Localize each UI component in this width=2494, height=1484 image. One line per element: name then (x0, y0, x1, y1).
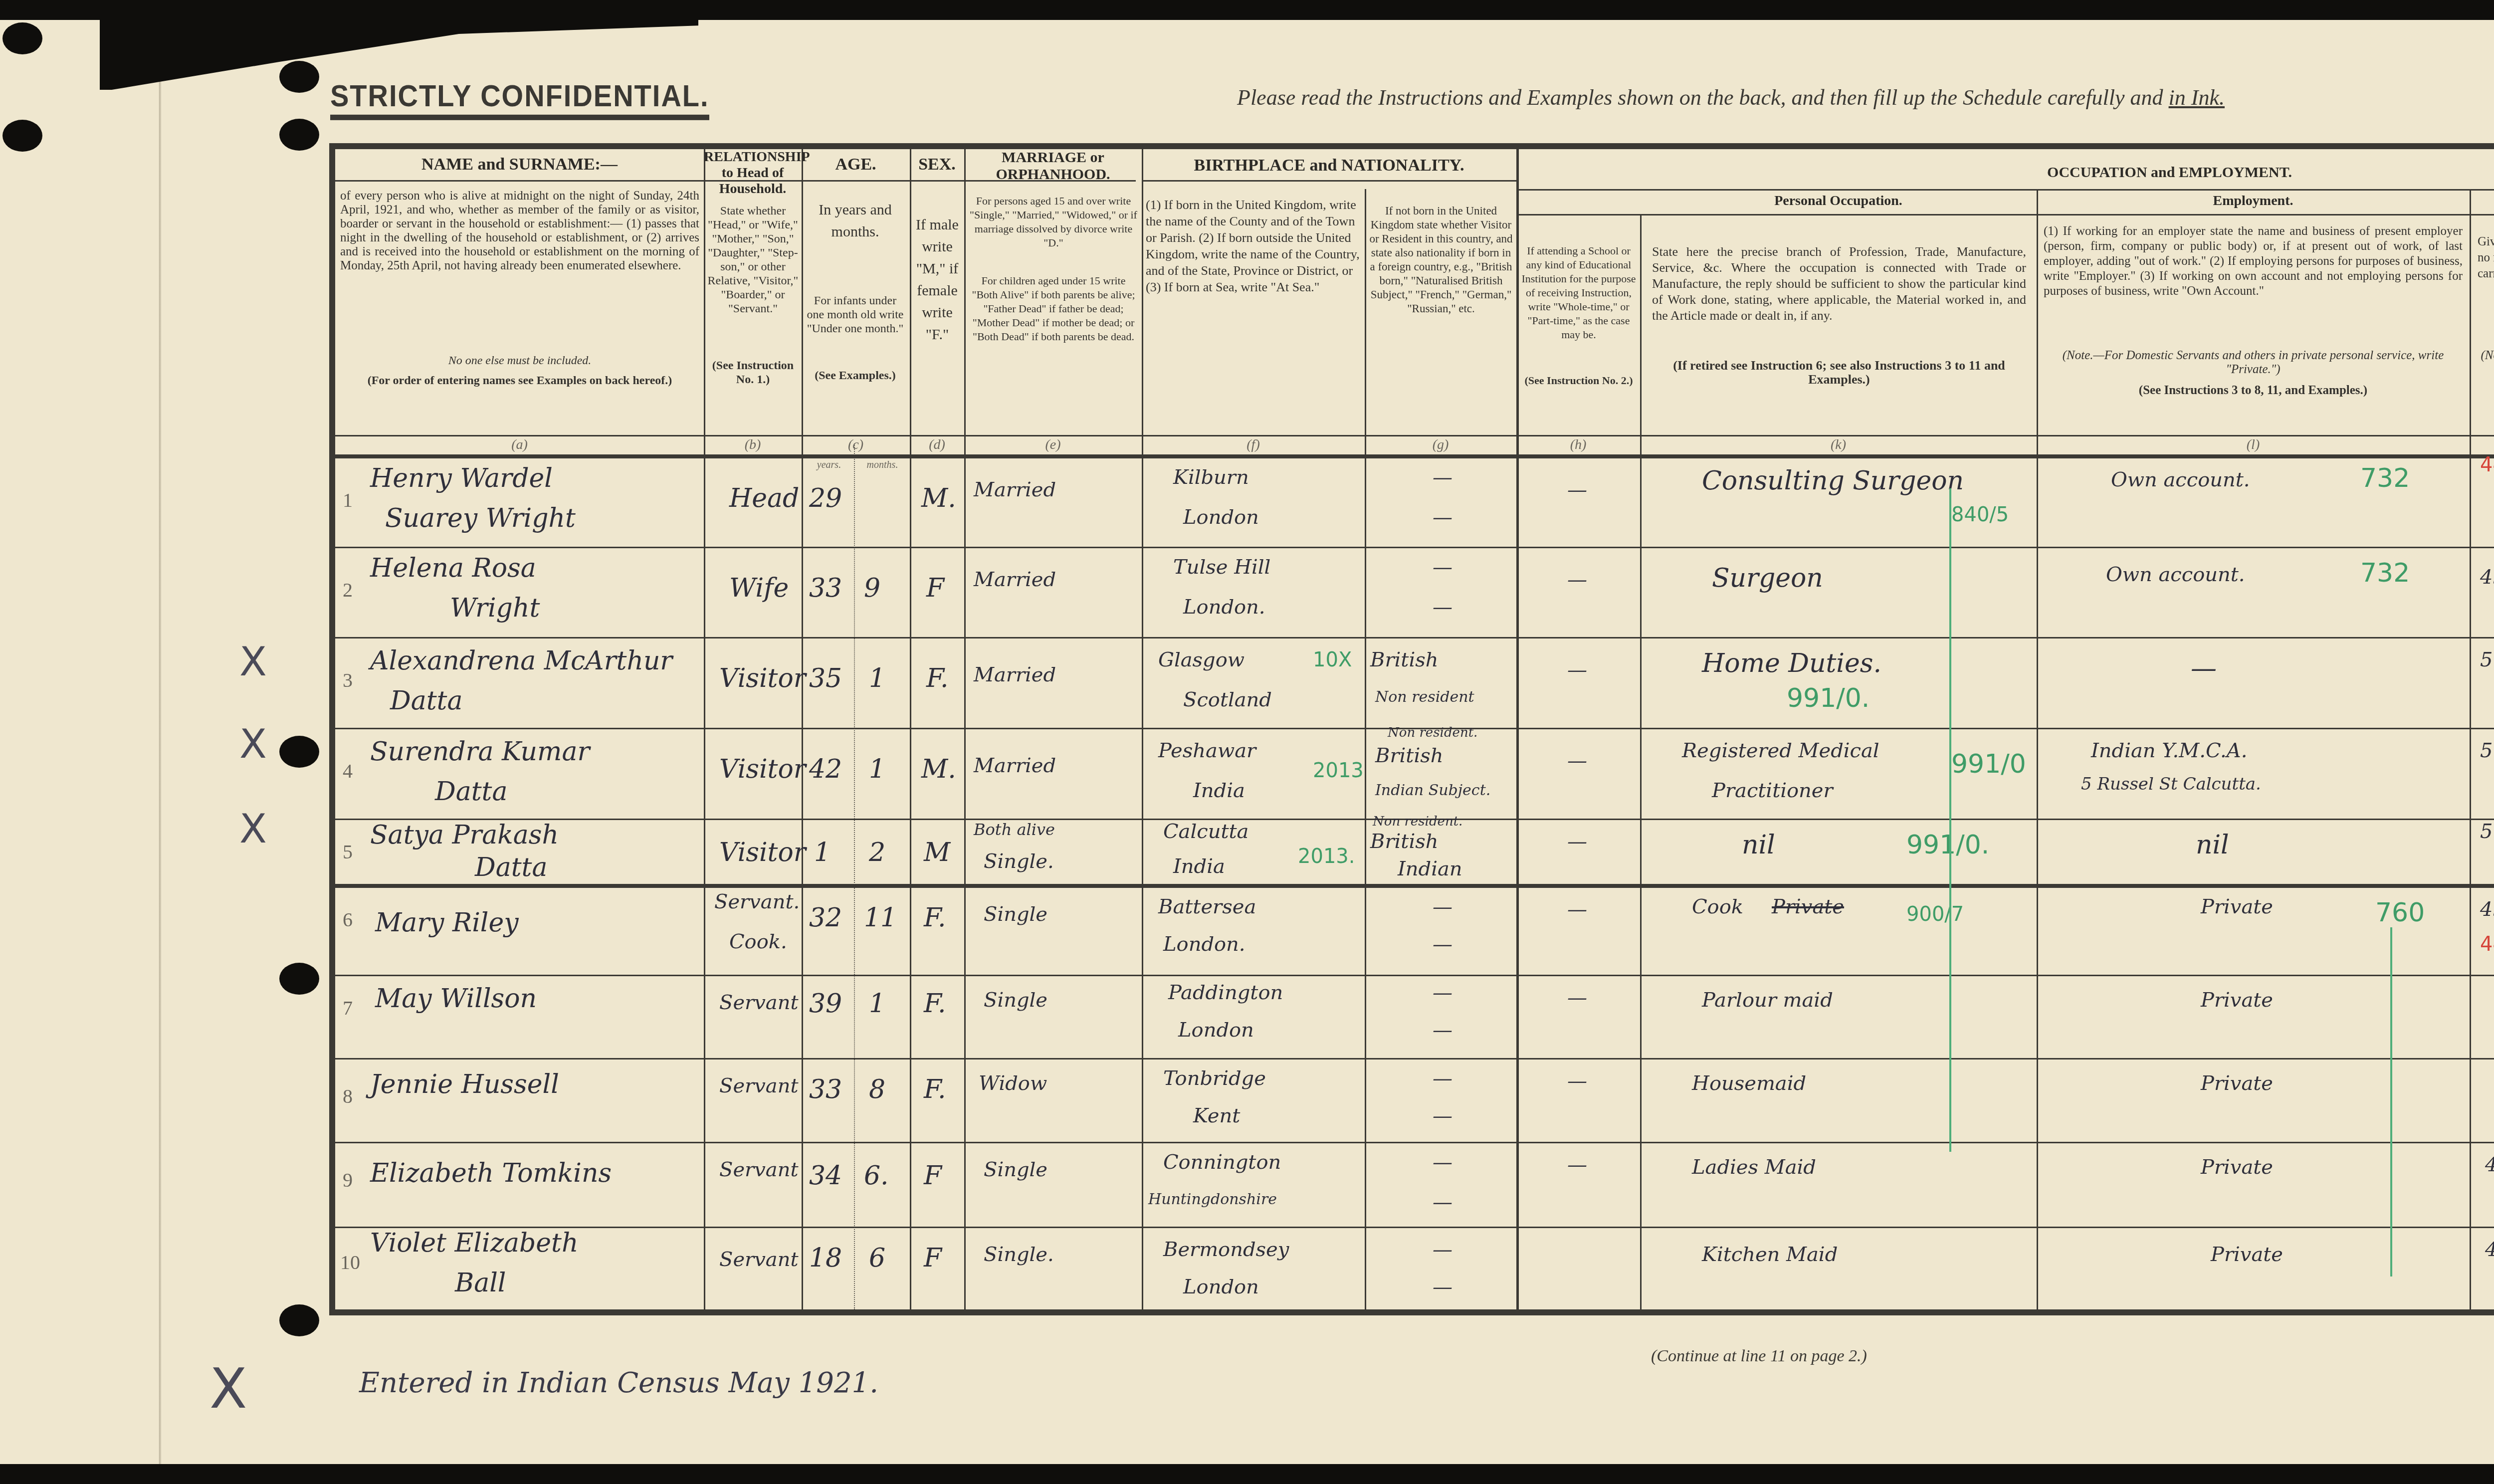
occupation: Home Duties. (1702, 648, 1881, 678)
sex: F. (924, 903, 946, 933)
relationship: Visitor (719, 754, 806, 784)
name-first: Jennie Hussell (370, 1069, 559, 1099)
employment: nil (2196, 830, 2229, 860)
place-line-1: 49 Gt Cumberland (2485, 1153, 2494, 1176)
birthplace-line-2: London (1183, 506, 1259, 529)
education: — (1567, 986, 1587, 1009)
row-number: 9 (343, 1168, 353, 1192)
header-employment-body: (1) If working for an employer state the… (2044, 224, 2463, 299)
name-last: Ball (455, 1268, 506, 1298)
table-row-2: 2 Helena Rosa Wright Wife 33 9 F Married… (335, 548, 2494, 637)
header-education: If attending a School or any kind of Edu… (1520, 244, 1638, 342)
header-employment: Employment. (2037, 193, 2470, 209)
marriage: Married (974, 663, 1056, 686)
place-code: 4410-05 (2480, 453, 2494, 476)
age-months: 1 (869, 989, 885, 1019)
birthplace-line-1: Battersea (1158, 895, 1256, 918)
sex: M (924, 838, 950, 867)
nationality-line-2: — (1433, 596, 1453, 619)
occupation-line-1: Registered Medical (1682, 739, 1879, 762)
header-personal-occupation-footer: (If retired see Instruction 6; see also … (1652, 359, 2026, 387)
nationality-note: Non resident. (1388, 725, 1477, 740)
table-row-6: 6 Mary Riley Servant. Cook. 32 11 F. Sin… (335, 888, 2494, 975)
table-row-3: 3 Alexandrena McArthur Datta Visitor 35 … (335, 638, 2494, 728)
header-bottom-rule (335, 454, 2494, 458)
education: — (1567, 478, 1587, 501)
name-first: Surendra Kumar (370, 737, 590, 767)
marriage: Single. (984, 1243, 1054, 1266)
header-age: AGE. (802, 155, 910, 174)
instructions-line: Please read the Instructions and Example… (1237, 85, 2225, 110)
occupation: Ladies Maid (1692, 1156, 1816, 1179)
occupation-struck: Private (1772, 895, 1844, 918)
row-number: 2 (343, 578, 353, 602)
occupation-code: 840/5 (1951, 503, 2009, 526)
name-last: Datta (390, 686, 463, 716)
row-number: 8 (343, 1084, 353, 1108)
age-months: 9 (864, 573, 880, 603)
marriage-line-2: Single. (984, 850, 1054, 873)
margin-cross-mark-footer: X (209, 1357, 247, 1421)
row-number: 7 (343, 996, 353, 1020)
name-first: Henry Wardel (370, 463, 553, 493)
employment-code: 732 (2360, 463, 2410, 493)
name-first: Helena Rosa (370, 553, 536, 583)
punch-hole (279, 963, 319, 995)
name-first: Satya Prakash (370, 820, 559, 850)
relationship: Servant (719, 1158, 798, 1181)
age-years: 18 (809, 1243, 842, 1273)
relationship-line-1: Servant. (714, 890, 800, 913)
row-number: 6 (343, 908, 353, 931)
occupation: Cook (1692, 895, 1743, 918)
margin-cross-mark-row-4: X (239, 721, 267, 767)
nationality-line-2: — (1433, 933, 1453, 956)
birthplace-line-2: London (1178, 1019, 1254, 1042)
employment: Own account. (2106, 563, 2245, 586)
name-last: Suarey Wright (385, 503, 576, 533)
header-name: NAME and SURNAME:— (335, 155, 704, 174)
age-months: 8 (869, 1074, 885, 1104)
header-marriage-body: For persons aged 15 and over write "Sing… (969, 194, 1138, 250)
birthplace-line-1: Connington (1163, 1151, 1281, 1174)
header-birthplace: BIRTHPLACE and NATIONALITY. (1142, 156, 1516, 175)
relationship: Head (729, 483, 799, 513)
header-birthplace-g: If not born in the United Kingdom state … (1369, 204, 1513, 316)
nationality-line-2: Indian (1398, 857, 1462, 880)
nationality-note: Non resident. (1373, 814, 1462, 829)
occupation-code: 991/0. (1787, 683, 1870, 713)
birthplace-line-2: Scotland (1183, 688, 1272, 711)
birthplace-line-1: Tonbridge (1163, 1067, 1266, 1090)
punch-hole (2, 22, 42, 54)
name-last: Datta (435, 777, 508, 807)
header-relationship: RELATIONSHIP to Head of Household. (704, 149, 802, 197)
strictly-confidential-heading: STRICTLY CONFIDENTIAL. (330, 78, 709, 120)
header-name-footer: (For order of entering names see Example… (340, 374, 699, 388)
name-last: Wright (450, 593, 540, 623)
header-rule (1516, 214, 2494, 215)
col-letter-b: (b) (704, 437, 802, 453)
marriage: Married (974, 568, 1056, 591)
sex: F. (924, 989, 946, 1019)
col-letter-a: (a) (335, 437, 704, 453)
sex: F (926, 573, 944, 603)
nationality-line-1: — (1433, 1238, 1453, 1261)
place-code: 4410-05 (2480, 933, 2494, 956)
place-line-1: 49 Gt Cumberland (2480, 566, 2494, 589)
employment: Private (2201, 989, 2273, 1012)
sex: F (924, 1243, 942, 1273)
instructions-ink: in Ink. (2169, 85, 2225, 110)
margin-cross-mark-row-3: X (239, 638, 267, 685)
age-years: 35 (809, 663, 842, 693)
marriage: Married (974, 754, 1056, 777)
relationship: Visitor (719, 663, 806, 693)
table-row-9: 9 Elizabeth Tomkins Servant 34 6. F Sing… (335, 1143, 2494, 1227)
header-age-body2: For infants under one month old write "U… (804, 294, 906, 336)
punch-hole (279, 736, 319, 768)
header-occupation-group: OCCUPATION and EMPLOYMENT. (1516, 164, 2494, 181)
occupation-code: 991/0. (1906, 830, 1989, 860)
employment: Private (2201, 1156, 2273, 1179)
relationship-line-2: Cook. (729, 930, 787, 953)
green-check-line (1949, 488, 1951, 1152)
nationality-line-2: — (1433, 1191, 1453, 1214)
education: — (1567, 830, 1587, 853)
nationality-line-1: — (1433, 466, 1453, 489)
age-months: 2 (869, 838, 885, 867)
name-first: Elizabeth Tomkins (370, 1158, 612, 1188)
header-rule (1516, 189, 2494, 191)
header-employment-note: (Note.—For Domestic Servants and others … (2044, 349, 2463, 377)
birthplace-line-2: London. (1183, 596, 1265, 619)
marriage: Married (974, 478, 1056, 501)
employment-line-1: Indian Y.M.C.A. (2091, 739, 2247, 762)
continue-note: (Continue at line 11 on page 2.) (1651, 1347, 1867, 1366)
birthplace-line-2: London. (1163, 933, 1246, 956)
name-last: Datta (475, 852, 548, 882)
education: — (1567, 749, 1587, 772)
header-personal-occupation-body: State here the precise branch of Profess… (1652, 244, 2026, 324)
employment-line-2: 5 Russel St Calcutta. (2081, 774, 2261, 794)
relationship: Visitor (719, 838, 806, 867)
col-letter-g: (g) (1365, 437, 1516, 453)
sex: F. (924, 1074, 946, 1104)
header-name-body: of every person who is alive at midnight… (340, 189, 699, 273)
header-birthplace-f: (1) If born in the United Kingdom, write… (1146, 197, 1360, 295)
occupation: Consulting Surgeon (1702, 466, 1964, 496)
age-years: 1 (814, 838, 831, 867)
age-years: 29 (809, 483, 842, 513)
margin-cross-mark-row-5: X (239, 806, 267, 852)
age-months: 1 (869, 663, 885, 693)
punch-hole (2, 120, 42, 152)
row-number: 4 (343, 759, 353, 783)
table-row-7: 7 May Willson Servant 39 1 F. Single Pad… (335, 976, 2494, 1058)
punch-hole (279, 119, 319, 151)
education: — (1567, 658, 1587, 681)
nationality-line-2: Indian Subject. (1375, 782, 1490, 799)
nationality-line-1: — (1433, 556, 1453, 579)
row-number: 10 (340, 1251, 360, 1274)
birthplace-line-1: Kilburn (1173, 466, 1249, 489)
nationality-line-1: British (1375, 744, 1443, 767)
header-age-body: In years and months. (804, 199, 906, 243)
education: — (1567, 568, 1587, 591)
relationship: Wife (729, 573, 789, 603)
occupation-code: 991/0 (1951, 749, 2026, 779)
table-row-4: 4 Surendra Kumar Datta Visitor 42 1 M. M… (335, 729, 2494, 819)
col-letter-d: (d) (910, 437, 964, 453)
marriage: Single (984, 989, 1047, 1012)
birthplace-line-1: Calcutta (1163, 820, 1248, 843)
age-years: 34 (809, 1161, 842, 1191)
sex: F. (926, 663, 949, 693)
header-place-of-work-body: Give the address of each person's place … (2478, 234, 2494, 282)
header-education-footer: (See Instruction No. 2.) (1520, 374, 1638, 388)
birthplace-code: 2013 (1313, 759, 1364, 782)
place-line-1: 49 Gt Cumberland (2485, 1238, 2494, 1261)
nationality-line-2: Non resident (1375, 688, 1474, 706)
col-letter-c: (c) (802, 437, 910, 453)
col-letter-h: (h) (1516, 437, 1640, 453)
header-name-note: No one else must be included. (340, 354, 699, 368)
sex: F (924, 1161, 942, 1191)
row-rule-heavy (335, 884, 2494, 888)
employment: — (2191, 653, 2217, 683)
employment: Own account. (2111, 468, 2250, 491)
sex: M. (921, 483, 956, 513)
education: — (1567, 1153, 1587, 1176)
nationality-line-2: — (1433, 1275, 1453, 1298)
age-years: 32 (809, 903, 842, 933)
age-months: 1 (869, 754, 885, 784)
nationality-line-1: — (1433, 1067, 1453, 1090)
relationship: Servant (719, 1074, 798, 1097)
table-row-1: 1 Henry Wardel Suarey Wright Head 29 M. … (335, 458, 2494, 547)
birthplace-line-1: Bermondsey (1163, 1238, 1289, 1261)
birthplace-line-1: Tulse Hill (1173, 556, 1270, 579)
col-letter-l: (l) (2037, 437, 2470, 453)
nationality-line-2: — (1433, 1104, 1453, 1127)
marriage: Single (984, 903, 1047, 926)
col-letter-k: (k) (1640, 437, 2037, 453)
marriage: Single (984, 1158, 1047, 1181)
nationality-line-2: — (1433, 506, 1453, 529)
row-number: 5 (343, 840, 353, 863)
row-number: 1 (343, 488, 353, 512)
occupation-line-2: Practitioner (1712, 779, 1833, 802)
age-months: 6 (869, 1243, 885, 1273)
census-table: NAME and SURNAME:— of every person who i… (329, 143, 2494, 1315)
relationship: Servant (719, 1248, 798, 1271)
age-years: 39 (809, 989, 842, 1019)
header-marriage: MARRIAGE or ORPHANHOOD. (964, 149, 1142, 183)
age-months: 11 (864, 903, 897, 933)
age-years: 42 (809, 754, 842, 784)
instructions-text: Please read the Instructions and Example… (1237, 85, 2169, 110)
table-row-8: 8 Jennie Hussell Servant 33 8 F. Widow T… (335, 1060, 2494, 1142)
header-employment-footer: (See Instructions 3 to 8, 11, and Exampl… (2044, 384, 2463, 398)
occupation: Parlour maid (1702, 989, 1833, 1012)
name-first: May Willson (375, 984, 537, 1014)
header-marriage-body2: For children aged under 15 write "Both A… (969, 274, 1138, 344)
employment-code: 760 (2375, 898, 2425, 928)
birthplace-line-2: India (1173, 855, 1225, 878)
green-check-line (2390, 927, 2392, 1276)
birthplace-line-1: Peshawar (1158, 739, 1256, 762)
birthplace-code: 2013. (1298, 845, 1355, 868)
occupation: nil (1742, 830, 1775, 860)
birthplace-line-2: India (1193, 779, 1245, 802)
education: — (1567, 898, 1587, 921)
nationality-line-1: British (1370, 830, 1438, 853)
birthplace-line-2: Huntingdonshire (1148, 1191, 1277, 1208)
place-line-1: 49 Gt Cumberland Place. (2480, 898, 2494, 921)
birthplace-line-1: Paddington (1168, 981, 1283, 1004)
birthplace-line-1: Glasgow (1158, 648, 1245, 671)
employment: Private (2201, 895, 2273, 918)
table-row-10: 10 Violet Elizabeth Ball Servant 18 6 F … (335, 1228, 2494, 1309)
nationality-line-1: — (1433, 1151, 1453, 1174)
birthplace-code: 10X (1313, 648, 1352, 671)
occupation-code: 900/7 (1906, 903, 1964, 926)
employment: Private (2201, 1072, 2273, 1095)
header-place-of-work: Place of Work. (2470, 193, 2494, 209)
table-row-5: 5 Satya Prakash Datta Visitor 1 2 M Both… (335, 820, 2494, 884)
relationship: Servant (719, 991, 798, 1014)
punch-hole (279, 61, 319, 93)
header-relationship-body: State whether "Head," or "Wife," "Mother… (707, 204, 799, 316)
place-line-1: 5 Russell St (2480, 820, 2494, 843)
col-letter-e: (e) (964, 437, 1142, 453)
nationality-line-1: — (1433, 981, 1453, 1004)
occupation: Housemaid (1692, 1072, 1806, 1095)
occupation: Surgeon (1712, 563, 1823, 593)
header-personal-occupation: Personal Occupation. (1640, 193, 2037, 209)
name-first: Alexandrena McArthur (370, 646, 672, 676)
header-rule (1142, 180, 1516, 182)
header-rule (335, 435, 2494, 436)
place-line-1: 5 Russel St (2480, 739, 2494, 762)
handwritten-census-note: Entered in Indian Census May 1921. (359, 1367, 878, 1399)
education: — (1567, 1069, 1587, 1092)
name-first: Violet Elizabeth (370, 1228, 578, 1258)
marriage-line-1: Both alive (974, 820, 1055, 839)
birthplace-line-2: Kent (1193, 1104, 1240, 1127)
occupation: Kitchen Maid (1702, 1243, 1838, 1266)
header-sex-body: If male write "M," if female write "F." (912, 214, 962, 346)
col-letter-m: (m) (2470, 437, 2494, 453)
nationality-line-2: — (1433, 1019, 1453, 1042)
place-line-1: 5 Russel St (2480, 648, 2494, 671)
row-number: 3 (343, 668, 353, 692)
marriage: Widow (979, 1072, 1047, 1095)
punch-hole (279, 1304, 319, 1336)
name-first: Mary Riley (375, 908, 519, 938)
employment-code: 732 (2360, 558, 2410, 588)
age-years: 33 (809, 573, 842, 603)
header-age-footer: (See Examples.) (804, 369, 906, 383)
sex: M. (921, 754, 956, 784)
header-sex: SEX. (910, 155, 964, 174)
header-place-of-work-note: (No entry is required for any person who… (2478, 349, 2494, 363)
age-years: 33 (809, 1074, 842, 1104)
age-months: 6. (864, 1161, 889, 1191)
birthplace-line-2: London (1183, 1275, 1259, 1298)
nationality-line-1: — (1433, 895, 1453, 918)
col-letter-f: (f) (1142, 437, 1365, 453)
nationality-line-1: British (1370, 648, 1438, 671)
header-relationship-footer: (See Instruction No. 1.) (707, 359, 799, 387)
employment: Private (2211, 1243, 2283, 1266)
